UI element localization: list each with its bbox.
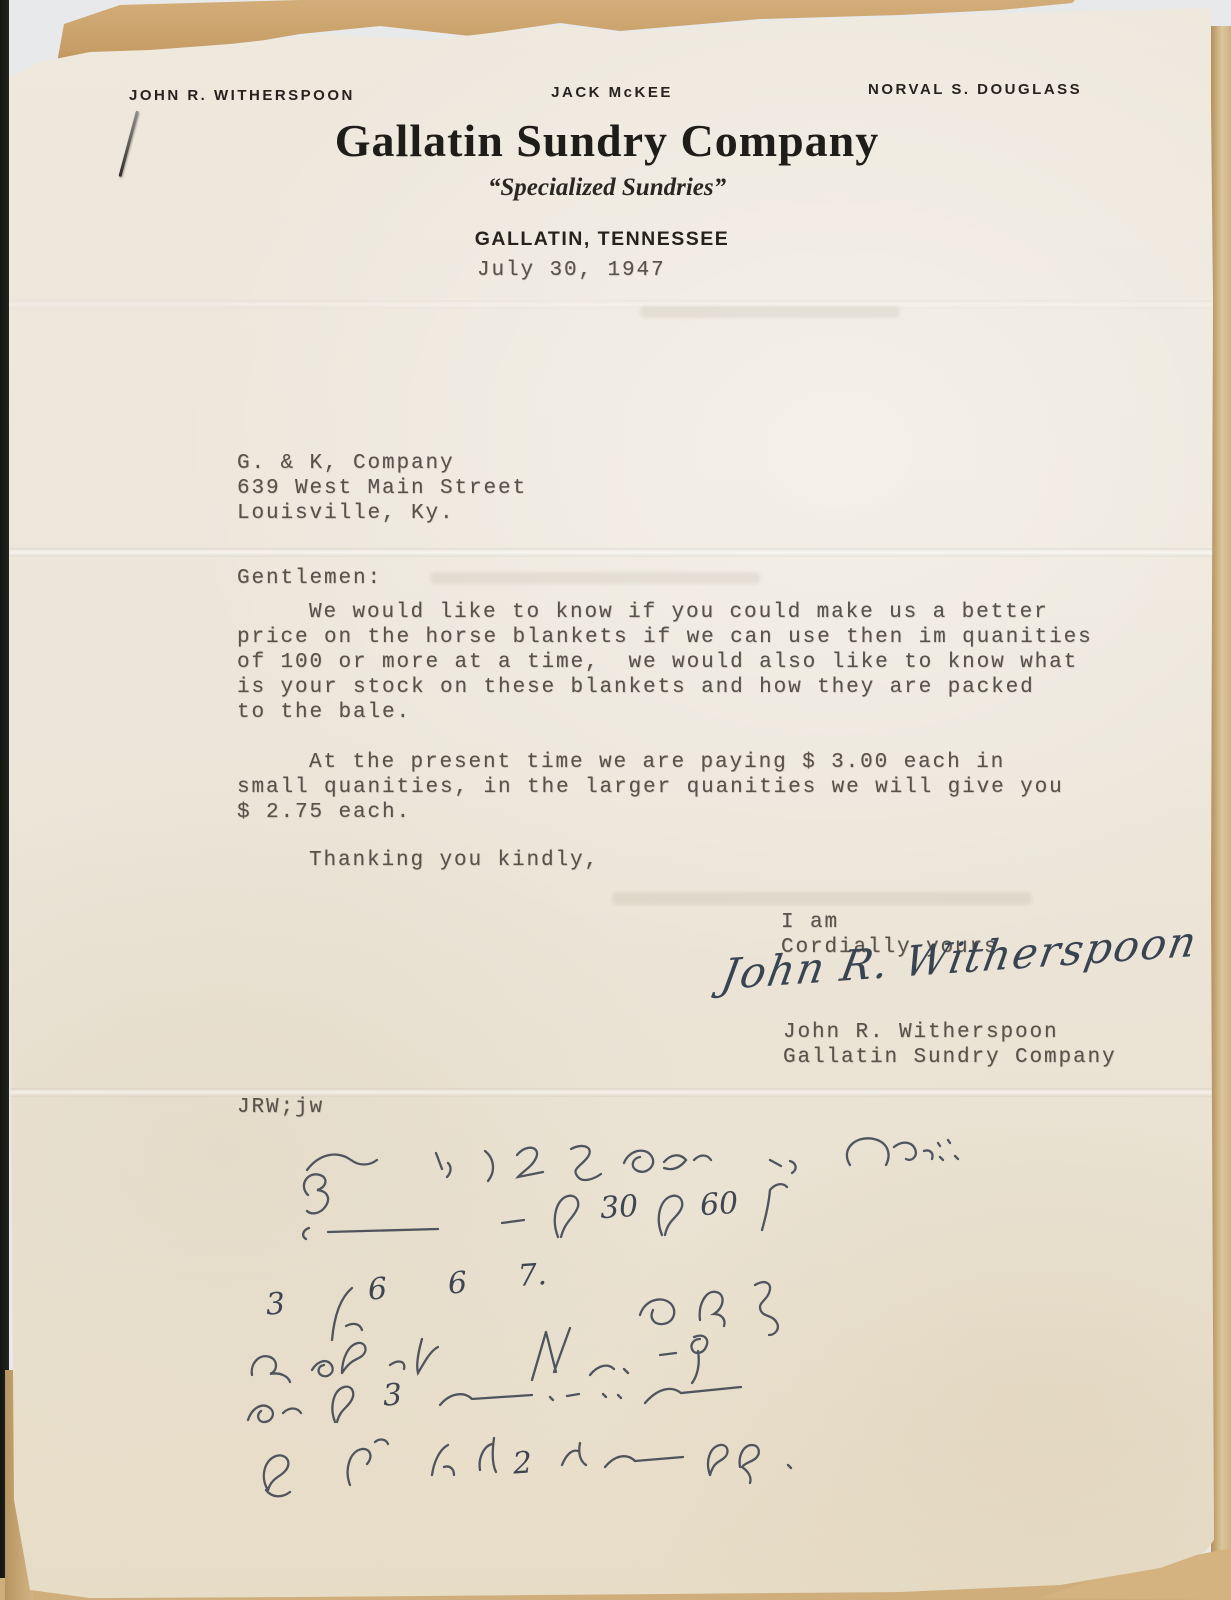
closing-line: I am: [781, 910, 999, 935]
straight-pin: [118, 111, 138, 177]
date-line: July 30, 1947: [477, 259, 666, 282]
body-line: At the present time we are paying $ 3.00…: [237, 750, 1064, 775]
shorthand-digit: 7.: [517, 1257, 548, 1294]
closing-thanks: Thanking you kindly,: [237, 849, 599, 872]
salutation: Gentlemen:: [237, 567, 382, 590]
shorthand-digit: 2: [512, 1445, 533, 1481]
shorthand-line-1: [307, 1138, 958, 1181]
ink-showthrough-smudge: [640, 306, 900, 318]
body-line: is your stock on these blankets and how …: [237, 675, 1093, 700]
reference-initials: JRW;jw: [237, 1096, 324, 1119]
fold-crease-upper: [0, 548, 1231, 557]
letterhead-partner-center: JACK McKEE: [551, 84, 673, 101]
letter-sheet: JOHN R. WITHERSPOON JACK McKEE NORVAL S.…: [0, 0, 1231, 1600]
company-name: Gallatin Sundry Company: [335, 114, 879, 167]
signer-company: Gallatin Sundry Company: [783, 1045, 1117, 1070]
scanned-letter-canvas: JOHN R. WITHERSPOON JACK McKEE NORVAL S.…: [0, 0, 1231, 1600]
company-tagline: “Specialized Sundries”: [488, 174, 726, 202]
body-line: $ 2.75 each.: [237, 800, 1064, 825]
body-line: of 100 or more at a time, we would also …: [237, 650, 1093, 675]
body-line: to the bale.: [237, 700, 1093, 725]
gregg-shorthand-notes: [240, 1135, 1100, 1555]
body-line: price on the horse blankets if we can us…: [237, 625, 1093, 650]
signer-name: John R. Witherspoon: [783, 1020, 1117, 1045]
body-paragraph-1: We would like to know if you could make …: [237, 600, 1093, 725]
recipient-line: G. & K, Company: [237, 451, 527, 476]
fold-crease-top: [0, 300, 1231, 309]
shorthand-line-5: [248, 1387, 741, 1422]
typed-signature-block: John R. Witherspoon Gallatin Sundry Comp…: [783, 1020, 1117, 1070]
backing-sheet-right-edge: [1211, 26, 1231, 1600]
shorthand-digit: 3: [382, 1377, 403, 1413]
recipient-address: G. & K, Company 639 West Main Street Lou…: [237, 451, 527, 526]
recipient-line: Louisville, Ky.: [237, 501, 527, 526]
body-line: We would like to know if you could make …: [237, 600, 1093, 625]
body-line: small quanities, in the larger quanities…: [237, 775, 1064, 800]
shorthand-digit: 3: [265, 1286, 286, 1322]
recipient-line: 639 West Main Street: [237, 476, 527, 501]
body-paragraph-2: At the present time we are paying $ 3.00…: [237, 750, 1064, 825]
letterhead-partner-right: NORVAL S. DOUGLASS: [868, 81, 1082, 98]
shorthand-line-3: [332, 1282, 778, 1340]
shorthand-line-4: [252, 1328, 708, 1383]
shorthand-digit: 30: [599, 1189, 640, 1227]
ink-showthrough-smudge: [430, 572, 760, 584]
letterhead-partner-left: JOHN R. WITHERSPOON: [129, 87, 355, 104]
fold-crease-lower: [0, 1088, 1231, 1097]
shorthand-digit: 60: [699, 1186, 740, 1224]
ink-showthrough-smudge: [612, 892, 1032, 905]
scan-edge-strip: [0, 0, 9, 1600]
shorthand-digit: 6: [447, 1265, 468, 1301]
shorthand-digit: 6: [367, 1271, 388, 1307]
company-location: GALLATIN, TENNESSEE: [475, 228, 730, 251]
